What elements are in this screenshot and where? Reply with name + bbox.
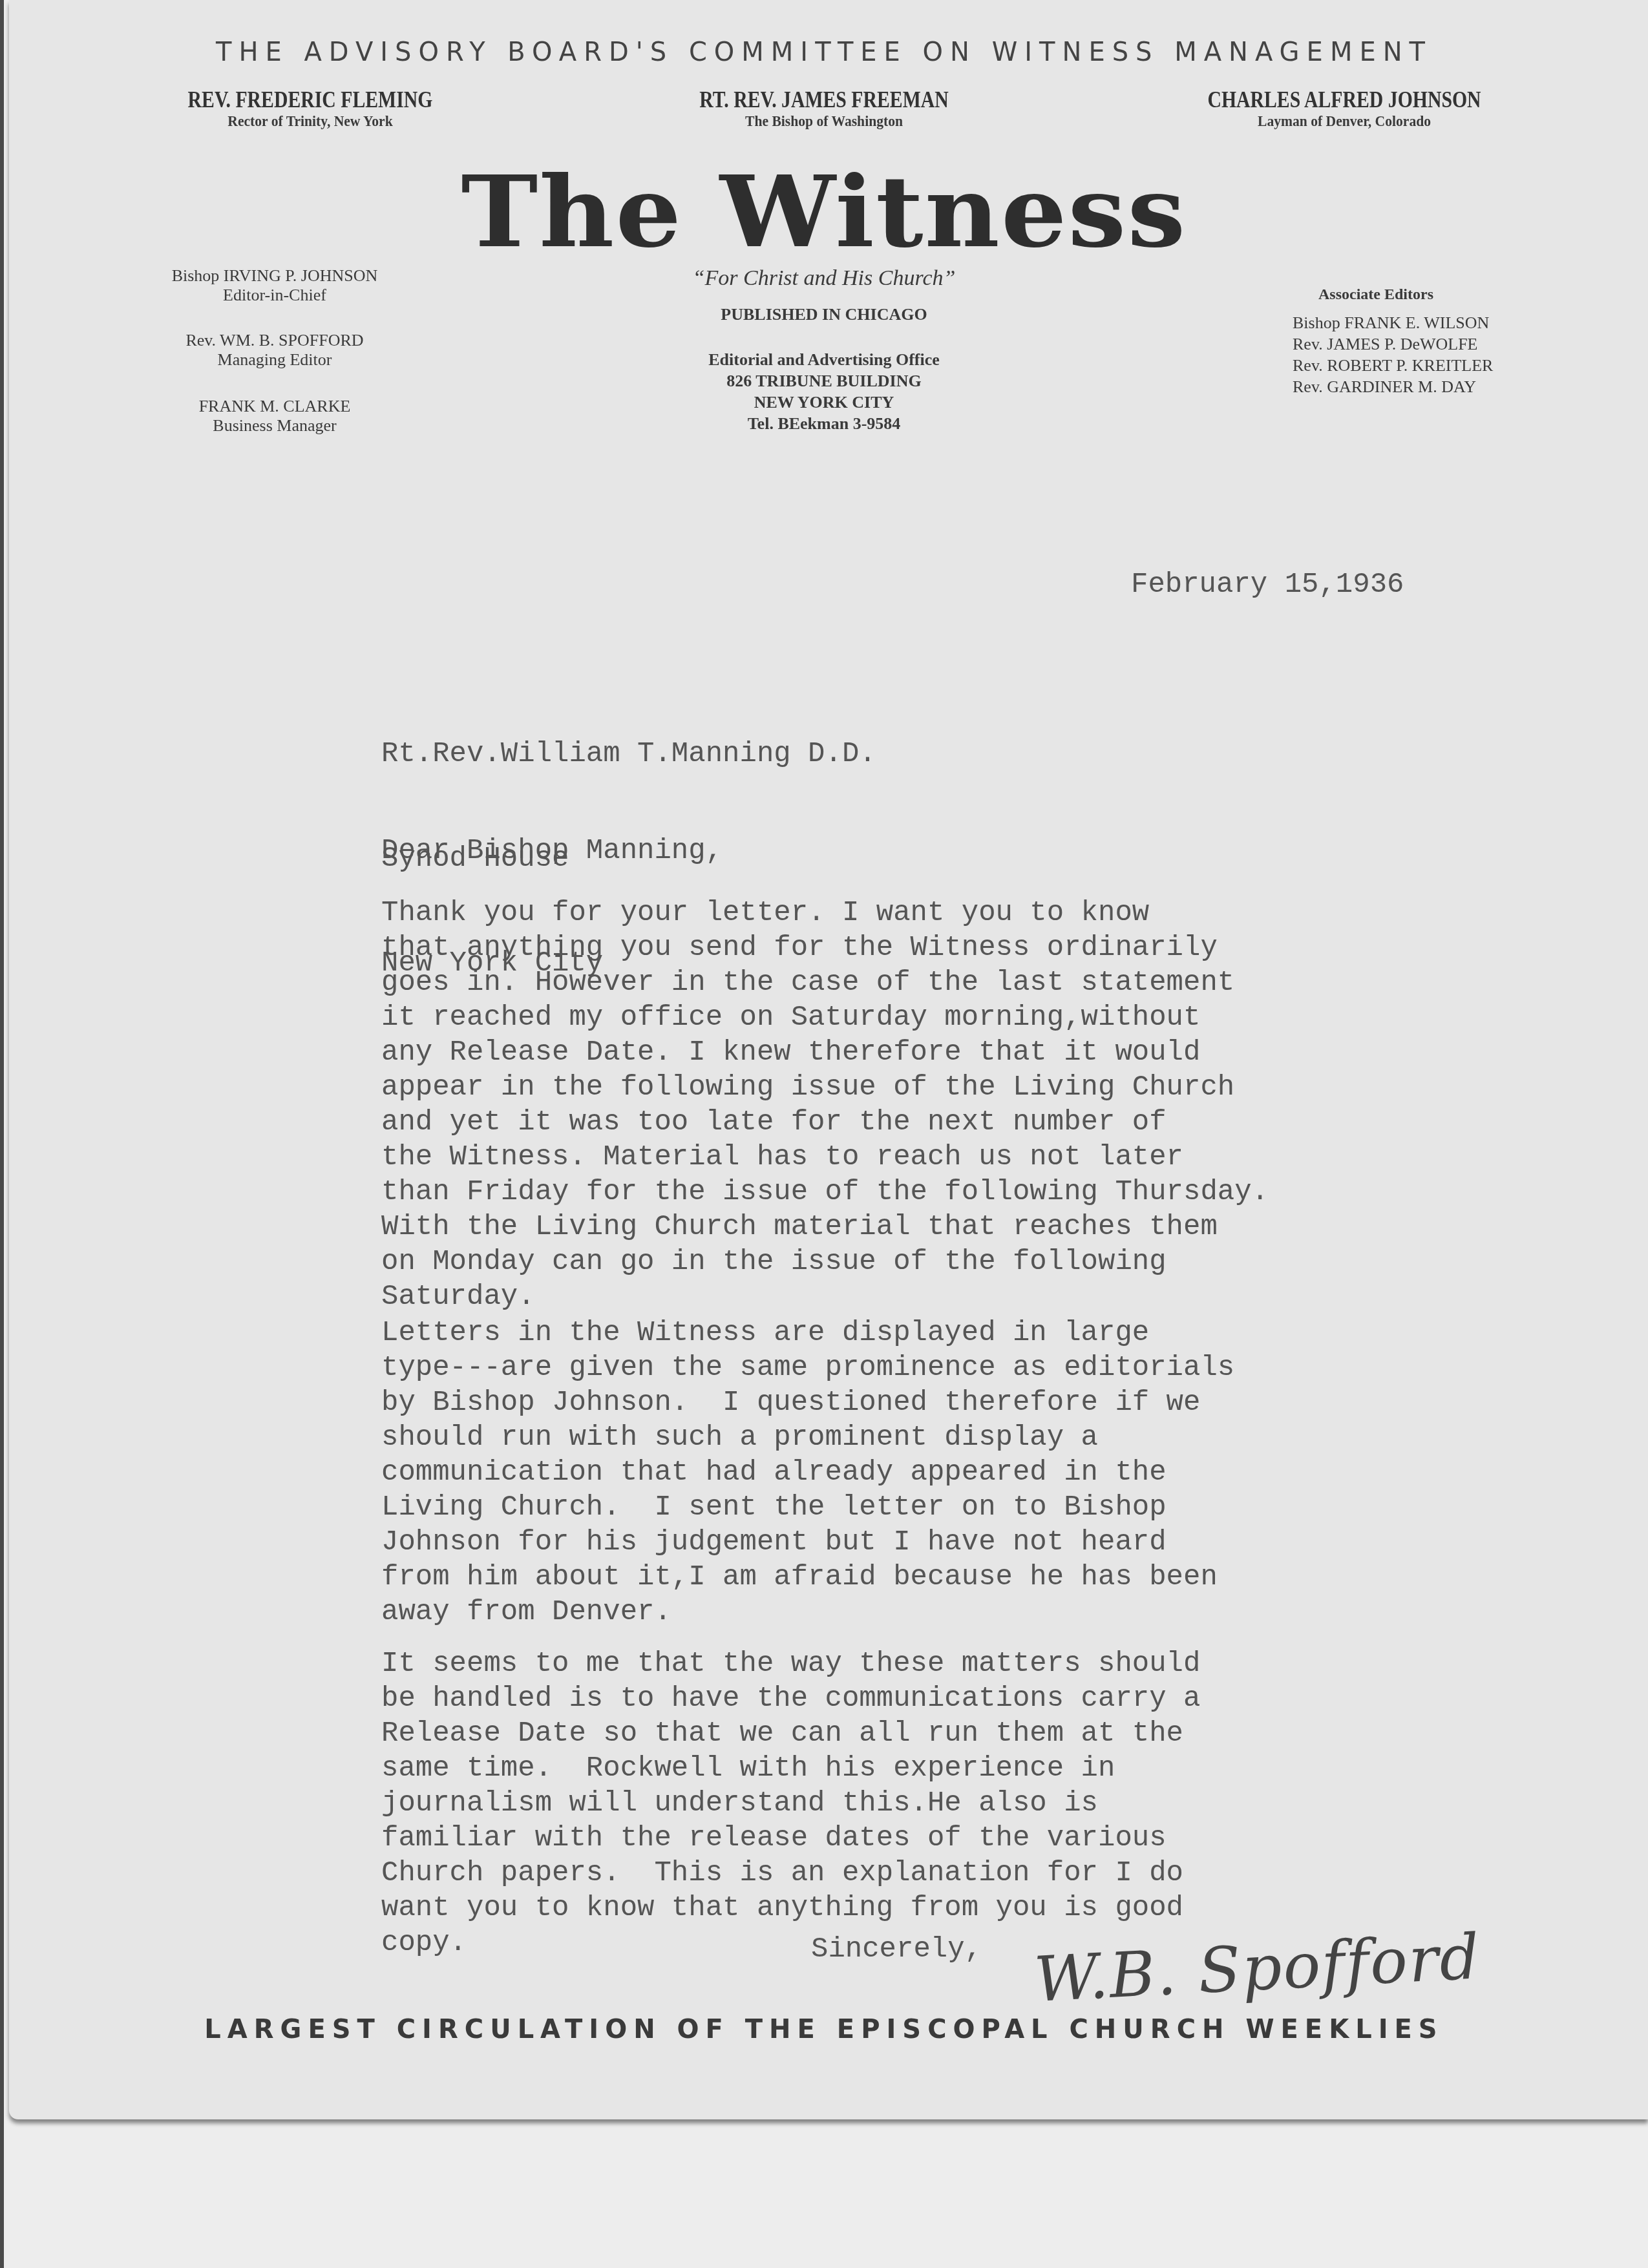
committee-member: REV. FREDERIC FLEMING Rector of Trinity,… — [116, 88, 504, 131]
masthead-title: The Witness — [0, 154, 1648, 269]
paragraph-line: same time. Rockwell with his experience … — [381, 1751, 1200, 1786]
committee-title: THE ADVISORY BOARD'S COMMITTEE ON WITNES… — [0, 37, 1648, 67]
paragraph-2: Letters in the Witness are displayed in … — [381, 1316, 1234, 1630]
closing: Sincerely, — [811, 1932, 982, 1967]
paragraph-line: want you to know that anything from you … — [381, 1891, 1200, 1926]
paragraph-line: the Witness. Material has to reach us no… — [381, 1140, 1269, 1175]
associate-editor: Bishop FRANK E. WILSON — [1293, 312, 1493, 333]
paragraph-line: appear in the following issue of the Liv… — [381, 1070, 1269, 1105]
paragraph-line: Release Date so that we can all run them… — [381, 1716, 1200, 1751]
paragraph-line: communication that had already appeared … — [381, 1455, 1234, 1490]
paragraph-line: Letters in the Witness are displayed in … — [381, 1316, 1234, 1350]
paragraph-3: It seems to me that the way these matter… — [381, 1646, 1200, 1960]
paragraph-line: It seems to me that the way these matter… — [381, 1646, 1200, 1681]
member-name: CHARLES ALFRED JOHNSON — [1174, 88, 1515, 112]
paragraph-line: than Friday for the issue of the followi… — [381, 1175, 1269, 1210]
letter-date: February 15,1936 — [1131, 567, 1404, 602]
associate-editors: Associate Editors Bishop FRANK E. WILSON… — [1293, 284, 1493, 397]
staff-name: FRANK M. CLARKE — [103, 397, 446, 416]
paragraph-line: any Release Date. I knew therefore that … — [381, 1035, 1269, 1070]
paragraph-line: Thank you for your letter. I want you to… — [381, 896, 1269, 930]
associate-editor: Rev. JAMES P. DeWOLFE — [1293, 333, 1493, 355]
paragraph-1: Thank you for your letter. I want you to… — [381, 896, 1269, 1314]
scanner-edge — [0, 0, 4, 2268]
associate-editor: Rev. ROBERT P. KREITLER — [1293, 355, 1493, 376]
paragraph-line: With the Living Church material that rea… — [381, 1210, 1269, 1244]
paragraph-line: on Monday can go in the issue of the fol… — [381, 1244, 1269, 1279]
paragraph-line: by Bishop Johnson. I questioned therefor… — [381, 1385, 1234, 1420]
recipient-line: Rt.Rev.William T.Manning D.D. — [381, 737, 876, 772]
paragraph-line: goes in. However in the case of the last… — [381, 965, 1269, 1000]
staff-name: Rev. WM. B. SPOFFORD — [103, 331, 446, 350]
paragraph-line: it reached my office on Saturday morning… — [381, 1000, 1269, 1035]
paragraph-line: type---are given the same prominence as … — [381, 1350, 1234, 1385]
member-role: Layman of Denver, Colorado — [1164, 112, 1525, 131]
paragraph-line: from him about it,I am afraid because he… — [381, 1560, 1234, 1595]
associate-editors-heading: Associate Editors — [1318, 284, 1493, 306]
paragraph-line: be handled is to have the communications… — [381, 1681, 1200, 1716]
paragraph-line: should run with such a prominent display… — [381, 1420, 1234, 1455]
paragraph-line: journalism will understand this.He also … — [381, 1786, 1200, 1821]
paragraph-line: that anything you send for the Witness o… — [381, 930, 1269, 965]
committee-member: RT. REV. JAMES FREEMAN The Bishop of Was… — [630, 88, 1018, 131]
member-name: REV. FREDERIC FLEMING — [145, 88, 475, 112]
paragraph-line: Saturday. — [381, 1279, 1269, 1314]
member-role: Rector of Trinity, New York — [136, 112, 485, 131]
staff-managing-editor: Rev. WM. B. SPOFFORD Managing Editor — [103, 331, 446, 370]
committee-member: CHARLES ALFRED JOHNSON Layman of Denver,… — [1144, 88, 1545, 131]
paragraph-line: away from Denver. — [381, 1595, 1234, 1630]
paragraph-line: Living Church. I sent the letter on to B… — [381, 1490, 1234, 1525]
staff-role: Editor-in-Chief — [103, 286, 446, 305]
member-role: The Bishop of Washington — [650, 112, 998, 131]
associate-editor: Rev. GARDINER M. DAY — [1293, 376, 1493, 397]
paragraph-line: Johnson for his judgement but I have not… — [381, 1525, 1234, 1560]
staff-name: Bishop IRVING P. JOHNSON — [103, 266, 446, 286]
salutation: Dear Bishop Manning, — [381, 834, 723, 868]
staff-business-manager: FRANK M. CLARKE Business Manager — [103, 397, 446, 436]
paragraph-line: familiar with the release dates of the v… — [381, 1821, 1200, 1856]
paragraph-line: Church papers. This is an explanation fo… — [381, 1856, 1200, 1891]
staff-role: Business Manager — [103, 416, 446, 436]
staff-editor-in-chief: Bishop IRVING P. JOHNSON Editor-in-Chief — [103, 266, 446, 305]
member-name: RT. REV. JAMES FREEMAN — [659, 88, 989, 112]
paragraph-line: and yet it was too late for the next num… — [381, 1105, 1269, 1140]
footer-tagline: LARGEST CIRCULATION OF THE EPISCOPAL CHU… — [0, 2015, 1648, 2044]
staff-role: Managing Editor — [103, 350, 446, 370]
